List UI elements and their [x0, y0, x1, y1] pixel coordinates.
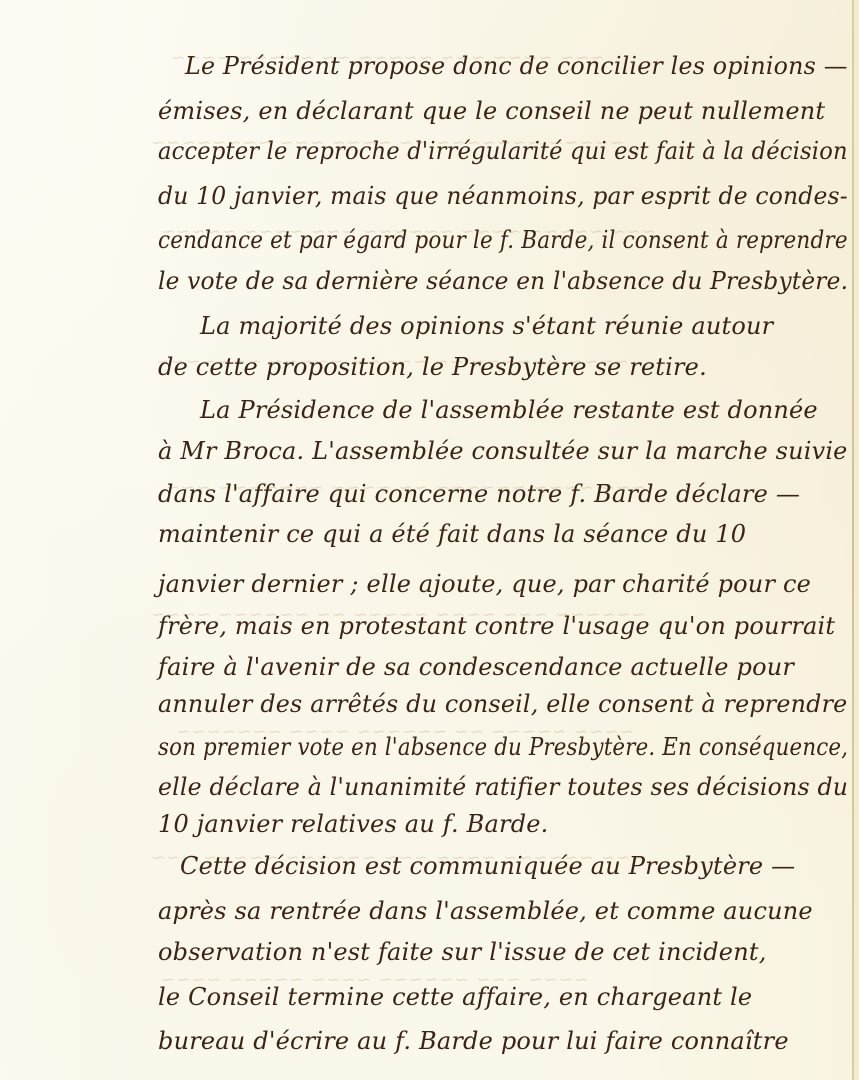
text-line: du 10 janvier, mais que néanmoins, par e…	[158, 182, 848, 210]
text-line: La majorité des opinions s'étant réunie …	[200, 312, 773, 340]
text-line: bureau d'écrire au f. Barde pour lui fai…	[158, 1027, 789, 1055]
manuscript-page: ~~~ ~~~~ ~~~ ~~~~~ ~~ ~~~~~ ~~~~ ~~~~~ ~…	[0, 0, 859, 1080]
text-line: Cette décision est communiquée au Presby…	[180, 852, 795, 880]
manuscript-text: Le Président propose donc de concilier l…	[0, 0, 859, 1080]
text-line: janvier dernier ; elle ajoute, que, par …	[158, 570, 811, 598]
text-line: le Conseil termine cette affaire, en cha…	[158, 983, 752, 1011]
text-line: à Mr Broca. L'assemblée consultée sur la…	[158, 437, 848, 465]
text-line: annuler des arrêtés du conseil, elle con…	[158, 690, 847, 718]
text-line: La Présidence de l'assemblée restante es…	[200, 396, 818, 424]
text-line: 10 janvier relatives au f. Barde.	[158, 810, 549, 838]
text-line: son premier vote en l'absence du Presbyt…	[158, 733, 848, 761]
text-line: Le Président propose donc de concilier l…	[185, 52, 848, 80]
text-line: cendance et par égard pour le f. Barde, …	[158, 226, 848, 254]
text-line: après sa rentrée dans l'assemblée, et co…	[158, 897, 813, 925]
text-line: émises, en déclarant que le conseil ne p…	[158, 97, 825, 125]
text-line: maintenir ce qui a été fait dans la séan…	[158, 520, 746, 548]
text-line: frère, mais en protestant contre l'usage…	[158, 612, 835, 640]
page-edge	[854, 0, 859, 1080]
text-line: faire à l'avenir de sa condescendance ac…	[158, 653, 794, 681]
text-line: le vote de sa dernière séance en l'absen…	[158, 267, 848, 295]
text-line: observation n'est faite sur l'issue de c…	[158, 938, 767, 966]
text-line: accepter le reproche d'irrégularité qui …	[158, 137, 848, 165]
text-line: de cette proposition, le Presbytère se r…	[158, 353, 707, 381]
text-line: elle déclare à l'unanimité ratifier tout…	[158, 773, 848, 801]
text-line: dans l'affaire qui concerne notre f. Bar…	[158, 480, 800, 508]
